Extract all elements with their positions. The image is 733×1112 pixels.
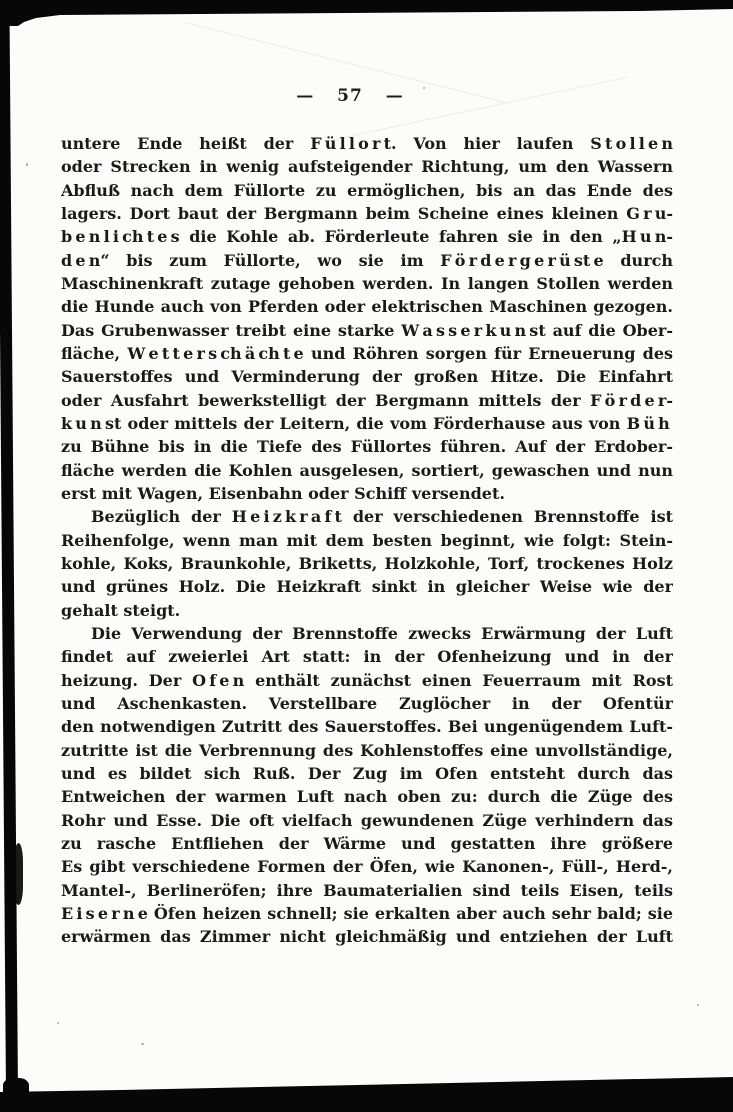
text-line: untere Ende heißt der F ü l l o r t. Von…: [61, 132, 673, 155]
scan-speck: [57, 1022, 59, 1024]
scan-speck: [697, 1004, 699, 1006]
text-line: Rohr und Esse. Die oft vielfach gewunden…: [61, 809, 673, 832]
text-line: Die Verwendung der Brennstoffe zwecks Er…: [61, 622, 673, 645]
paragraph: Bezüglich der H e i z k r a f t der vers…: [61, 505, 673, 622]
scan-speck: [423, 87, 425, 89]
page-header: — 57 —: [0, 84, 700, 108]
text-line: zu rasche Entfliehen der Wärme und gesta…: [61, 832, 673, 855]
text-line: zu Bühne bis in die Tiefe des Füllortes …: [61, 435, 673, 458]
text-line: Sauerstoffes und Verminderung der großen…: [61, 365, 673, 388]
text-line: Entweichen der warmen Luft nach oben zu:…: [61, 785, 673, 808]
text-line: fläche, W e t t e r s ch ä ch t e und Rö…: [61, 342, 673, 365]
scan-border-top: [0, 0, 733, 26]
page-number: 57: [337, 86, 363, 106]
text-line: oder Ausfahrt bewerkstelligt der Bergman…: [61, 389, 673, 412]
text-line: zutritte ist die Verbrennung des Kohlens…: [61, 739, 673, 762]
book-spine-edge-bulge: [14, 843, 23, 905]
text-line: heizung. Der O f e n enthält zunächst ei…: [61, 669, 673, 692]
text-line: oder Strecken in wenig aufsteigender Ric…: [61, 155, 673, 178]
text-line: lagers. Dort baut der Bergmann beim Sche…: [61, 202, 673, 225]
text-line: fläche werden die Kohlen ausgelesen, sor…: [61, 459, 673, 482]
text-line: die Hunde auch von Pferden oder elektris…: [61, 295, 673, 318]
text-line: findet auf zweierlei Art statt: in der O…: [61, 645, 673, 668]
book-page: — 57 — untere Ende heißt der F ü l l o r…: [0, 0, 733, 1112]
text-line: Maschinenkraft zutage gehoben werden. In…: [61, 272, 673, 295]
scan-border-bottom: [0, 1070, 733, 1112]
text-line: erwärmen das Zimmer nicht gleichmäßig un…: [61, 925, 673, 948]
paragraph: Die Verwendung der Brennstoffe zwecks Er…: [61, 622, 673, 949]
text-line: k u n st oder mittels der Leitern, die v…: [61, 412, 673, 435]
text-line: kohle, Koks, Braunkohle, Briketts, Holzk…: [61, 552, 673, 575]
text-line: b e n l i ch t e s die Kohle ab. Förderl…: [61, 225, 673, 248]
text-line: Reihenfolge, wenn man mit dem besten beg…: [61, 529, 673, 552]
text-line: d e n“ bis zum Füllorte, wo sie im F ö r…: [61, 249, 673, 272]
text-line: Es gibt verschiedene Formen der Öfen, wi…: [61, 855, 673, 878]
text-line: gehalt steigt.: [61, 599, 673, 622]
text-line: Abfluß nach dem Füllorte zu ermöglichen,…: [61, 179, 673, 202]
header-dash-left: —: [296, 86, 314, 106]
book-spine-edge: [0, 16, 18, 1094]
text-line: Bezüglich der H e i z k r a f t der vers…: [61, 505, 673, 528]
header-dash-right: —: [386, 86, 404, 106]
text-line: und es bildet sich Ruß. Der Zug im Ofen …: [61, 762, 673, 785]
text-line: Mantel-, Berlineröfen; ihre Baumateriali…: [61, 879, 673, 902]
text-line: Das Grubenwasser treibt eine starke W a …: [61, 319, 673, 342]
text-line: erst mit Wagen, Eisenbahn oder Schiff ve…: [61, 482, 673, 505]
scan-speck: [26, 163, 28, 166]
text-line: und grünes Holz. Die Heizkraft sinkt in …: [61, 575, 673, 598]
scan-speck: [141, 1043, 144, 1045]
body-text: untere Ende heißt der F ü l l o r t. Von…: [61, 132, 673, 948]
text-line: den notwendigen Zutritt des Sauerstoffes…: [61, 715, 673, 738]
text-line: E i s e r n e Öfen heizen schnell; sie e…: [61, 902, 673, 925]
paragraph: untere Ende heißt der F ü l l o r t. Von…: [61, 132, 673, 505]
text-line: und Aschenkasten. Verstellbare Zuglöcher…: [61, 692, 673, 715]
